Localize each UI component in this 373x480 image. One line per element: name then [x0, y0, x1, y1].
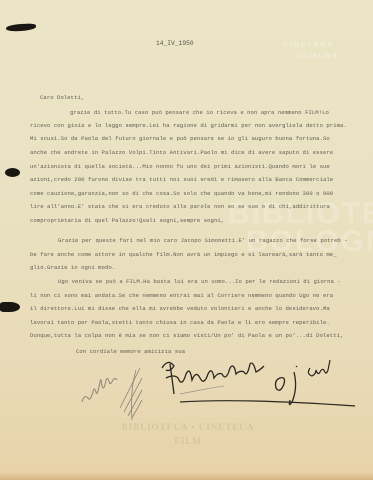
body-line: azioni,credo 200 furono divise tra tutti…: [30, 176, 333, 183]
body-line: comproprietaria di quel Palazzo!Quali so…: [30, 217, 224, 224]
paper-edge: [0, 472, 373, 480]
signature: [160, 358, 370, 418]
body-line: grazie di tutto.Tu caso può pensare che …: [70, 109, 329, 116]
body-line: lire all'anno.E' stata che si era credut…: [30, 203, 330, 210]
archive-stamp: BIBLIOTECA • CINETECA FILM: [108, 420, 268, 448]
punch-hole-middle: [5, 168, 20, 177]
body-line: be fare anche come attore in qualche fil…: [30, 251, 337, 258]
punch-hole-bottom: [0, 302, 20, 312]
body-line: ricevo con gioia e lo leggo sempre.Lei h…: [30, 122, 347, 129]
body-line: un'azionista di quella società...Mio non…: [30, 163, 330, 170]
pencil-annotation: [78, 362, 158, 422]
body-line: come cauzione,garanzia,non so di che cos…: [30, 190, 333, 197]
body-line: glio.Grazie in ogni modo.: [30, 264, 115, 271]
closing: Con cordiale memore amicizia sua: [76, 348, 185, 355]
watermark-top-right: CINETECA COMUNE: [278, 40, 339, 62]
body-line: li non ci sono mai andata.Se che nemmeno…: [30, 292, 333, 299]
letter-date: 14_IV_1950: [156, 40, 194, 47]
body-line: il direttore.Lui mi disse che ella mi av…: [30, 305, 330, 312]
body-line: Grazie per queste fari nel mio caro Jaco…: [58, 237, 348, 244]
body-line: Ugo veniva se può a FILM.Ha basta lui er…: [58, 278, 341, 285]
salutation: Caro Doletti,: [40, 94, 84, 101]
body-line: lavorai tanto per Paola,stetti tanto chi…: [30, 319, 330, 326]
punch-hole-top: [6, 23, 36, 32]
body-line: anche che andrete in Palazzo Volpi.Tinto…: [30, 149, 333, 156]
letter-page: CINETECA COMUNE BIBLIOTECA BOLOGNA BIBLI…: [0, 0, 373, 480]
body-line: Mi scusi.So da Paola del futuro giornale…: [30, 135, 330, 142]
body-line: Dunque,tutta la colpa non è mia se non c…: [30, 332, 343, 339]
